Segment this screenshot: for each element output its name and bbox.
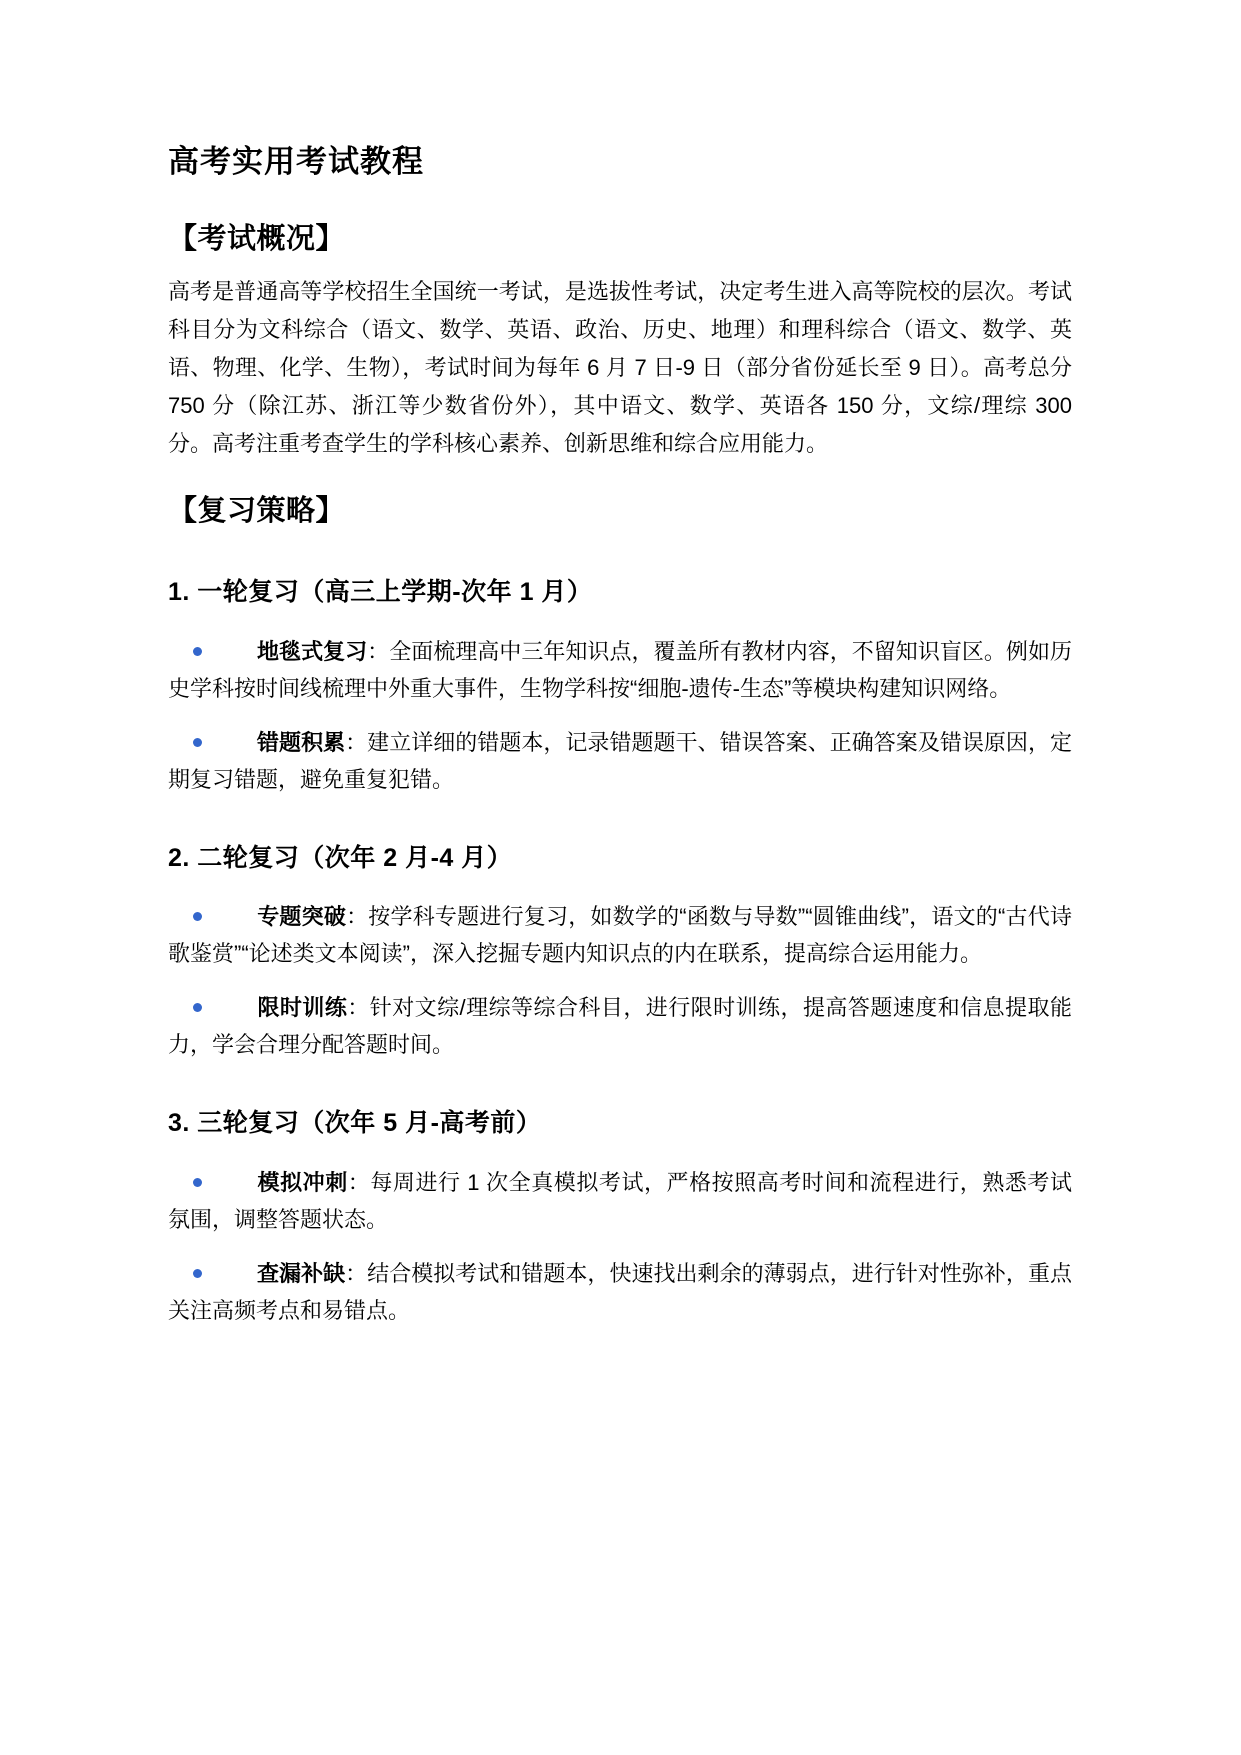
bullet-term: 限时训练 [257,995,347,1020]
document-page: 高考实用考试教程 【考试概况】 高考是普通高等学校招生全国统一考试，是选拔性考试… [0,0,1241,1755]
bullet-icon [193,647,202,656]
bullet-icon [193,1269,202,1278]
bullet-term: 错题积累 [257,730,345,755]
bullet-term: 模拟冲刺 [257,1170,348,1195]
subsection-heading-round3: 3. 三轮复习（次年 5 月-高考前） [168,1107,1072,1140]
section-heading-overview: 【考试概况】 [168,219,1072,260]
bullet-icon [193,738,202,747]
subsection-heading-round2: 2. 二轮复习（次年 2 月-4 月） [168,842,1072,875]
bullet-term: 查漏补缺 [257,1261,345,1286]
subsection-heading-round1: 1. 一轮复习（高三上学期-次年 1 月） [168,576,1072,609]
list-item: 查漏补缺：结合模拟考试和错题本，快速找出剩余的薄弱点，进行针对性弥补，重点关注高… [168,1255,1072,1329]
list-item: 限时训练：针对文综/理综等综合科目，进行限时训练，提高答题速度和信息提取能力，学… [168,989,1072,1063]
bullet-icon [193,1003,202,1012]
list-item: 错题积累：建立详细的错题本，记录错题题干、错误答案、正确答案及错误原因，定期复习… [168,724,1072,798]
section-heading-strategy: 【复习策略】 [168,491,1072,532]
page-title: 高考实用考试教程 [168,141,1072,183]
overview-paragraph: 高考是普通高等学校招生全国统一考试，是选拔性考试，决定考生进入高等院校的层次。考… [168,273,1072,463]
bullet-term: 专题突破 [257,904,346,929]
list-item: 地毯式复习：全面梳理高中三年知识点，覆盖所有教材内容，不留知识盲区。例如历史学科… [168,633,1072,707]
list-item: 模拟冲刺：每周进行 1 次全真模拟考试，严格按照高考时间和流程进行，熟悉考试氛围… [168,1164,1072,1238]
bullet-icon [193,1178,202,1187]
bullet-term: 地毯式复习 [257,639,367,664]
bullet-icon [193,912,202,921]
list-item: 专题突破：按学科专题进行复习，如数学的“函数与导数”“圆锥曲线”，语文的“古代诗… [168,898,1072,972]
